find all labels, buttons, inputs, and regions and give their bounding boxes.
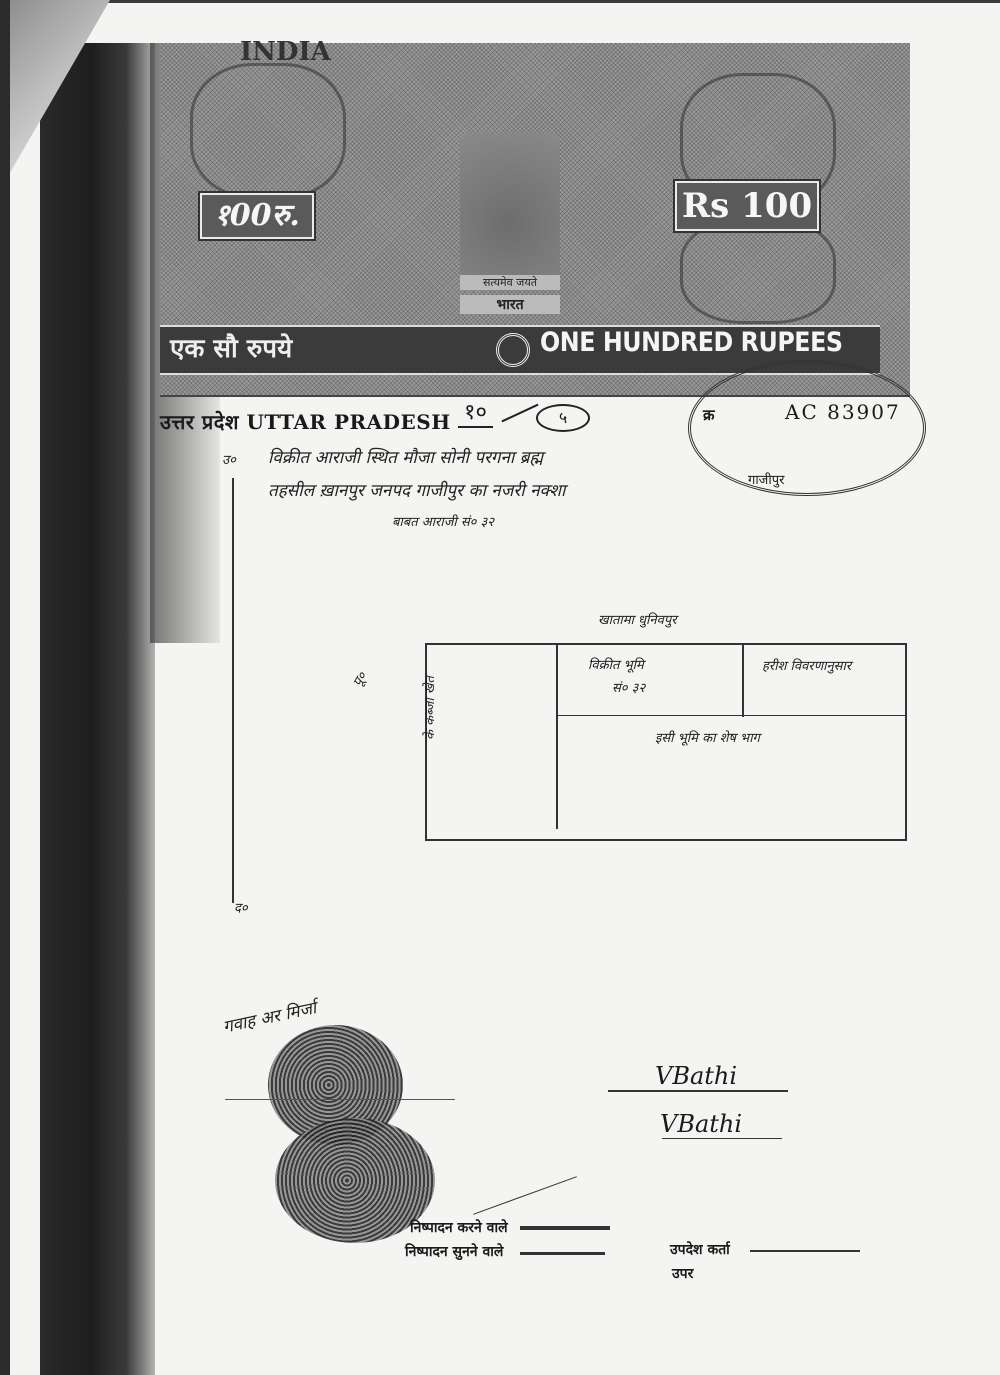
compass-south-label: द० (234, 898, 248, 916)
sold-plot-number: सं० ३२ (612, 678, 645, 696)
witness-line (750, 1250, 860, 1252)
scanner-shadow-band (40, 43, 155, 1375)
pen-stroke (501, 404, 538, 423)
ashoka-emblem-icon (460, 133, 560, 283)
rosette-ornament (680, 218, 836, 324)
seal-mark: क्र (703, 405, 715, 425)
amount-english: ONE HUNDRED RUPEES (540, 327, 843, 358)
seal-text: गाजीपुर (748, 470, 784, 488)
sold-plot-label: विक्रीत भूमि (588, 655, 644, 673)
signature-2: VBathi (660, 1110, 742, 1138)
signature-line (662, 1138, 782, 1139)
rosette-ornament (190, 63, 346, 199)
map-divider (558, 715, 907, 716)
witness-label: उपदेश कर्ता (670, 1240, 730, 1259)
stamp-paper-header: INDIA १00रु. Rs 100 सत्यमेव जयते भारत एक… (160, 43, 910, 397)
north-south-axis-line (232, 478, 234, 903)
signature-line (608, 1090, 788, 1092)
bottom-plot-label: इसी भूमि का शेष भाग (655, 728, 760, 746)
map-divider (556, 643, 558, 829)
compass-east-label: पू० (348, 668, 371, 689)
witness-label-2: उपर (672, 1264, 693, 1283)
signature-1: VBathi (655, 1062, 737, 1090)
sheet-sub-number: ५ (536, 404, 590, 432)
map-north-boundary-label: खातामा धुनिवपुर (598, 610, 677, 628)
emblem-motto: सत्यमेव जयते (460, 275, 560, 290)
stamp-value-english: Rs 100 (675, 181, 819, 231)
scan-top-edge (0, 0, 1000, 3)
state-header: उत्तर प्रदेश UTTAR PRADESH (160, 408, 451, 435)
map-divider (742, 643, 744, 717)
signature-stroke (473, 1176, 577, 1215)
stamp-value-hindi: १00रु. (200, 193, 314, 239)
handwritten-line-3: बाबत आराजी सं० ३२ (392, 512, 494, 530)
executant-line (520, 1226, 610, 1230)
handwritten-line-2: तहसील ख़ानपुर जनपद गाजीपुर का नजरी नक्शा (268, 478, 565, 501)
claimant-label: निष्पादन सुनने वाले (405, 1242, 503, 1261)
claimant-line (520, 1252, 605, 1255)
emblem-country: भारत (460, 295, 560, 314)
amount-hindi: एक सौ रुपये (170, 329, 292, 365)
compass-north-label: उ० (222, 450, 236, 468)
sheet-number: १० (458, 396, 493, 428)
handwritten-line-1: विक्रीत आराजी स्थित मौजा सोनी परगना ब्रह… (268, 445, 543, 468)
scan-left-edge (0, 0, 10, 1375)
serial-number: AC 83907 (785, 400, 901, 424)
executant-label: निष्पादन करने वाले (410, 1218, 508, 1237)
treasury-seal (688, 360, 926, 496)
chakra-icon (496, 333, 530, 367)
dotted-rule (225, 1099, 455, 1100)
top-right-plot-label: हरीश विवरणानुसार (762, 656, 851, 674)
left-plot-label: के कब्जा खेत (420, 676, 438, 740)
